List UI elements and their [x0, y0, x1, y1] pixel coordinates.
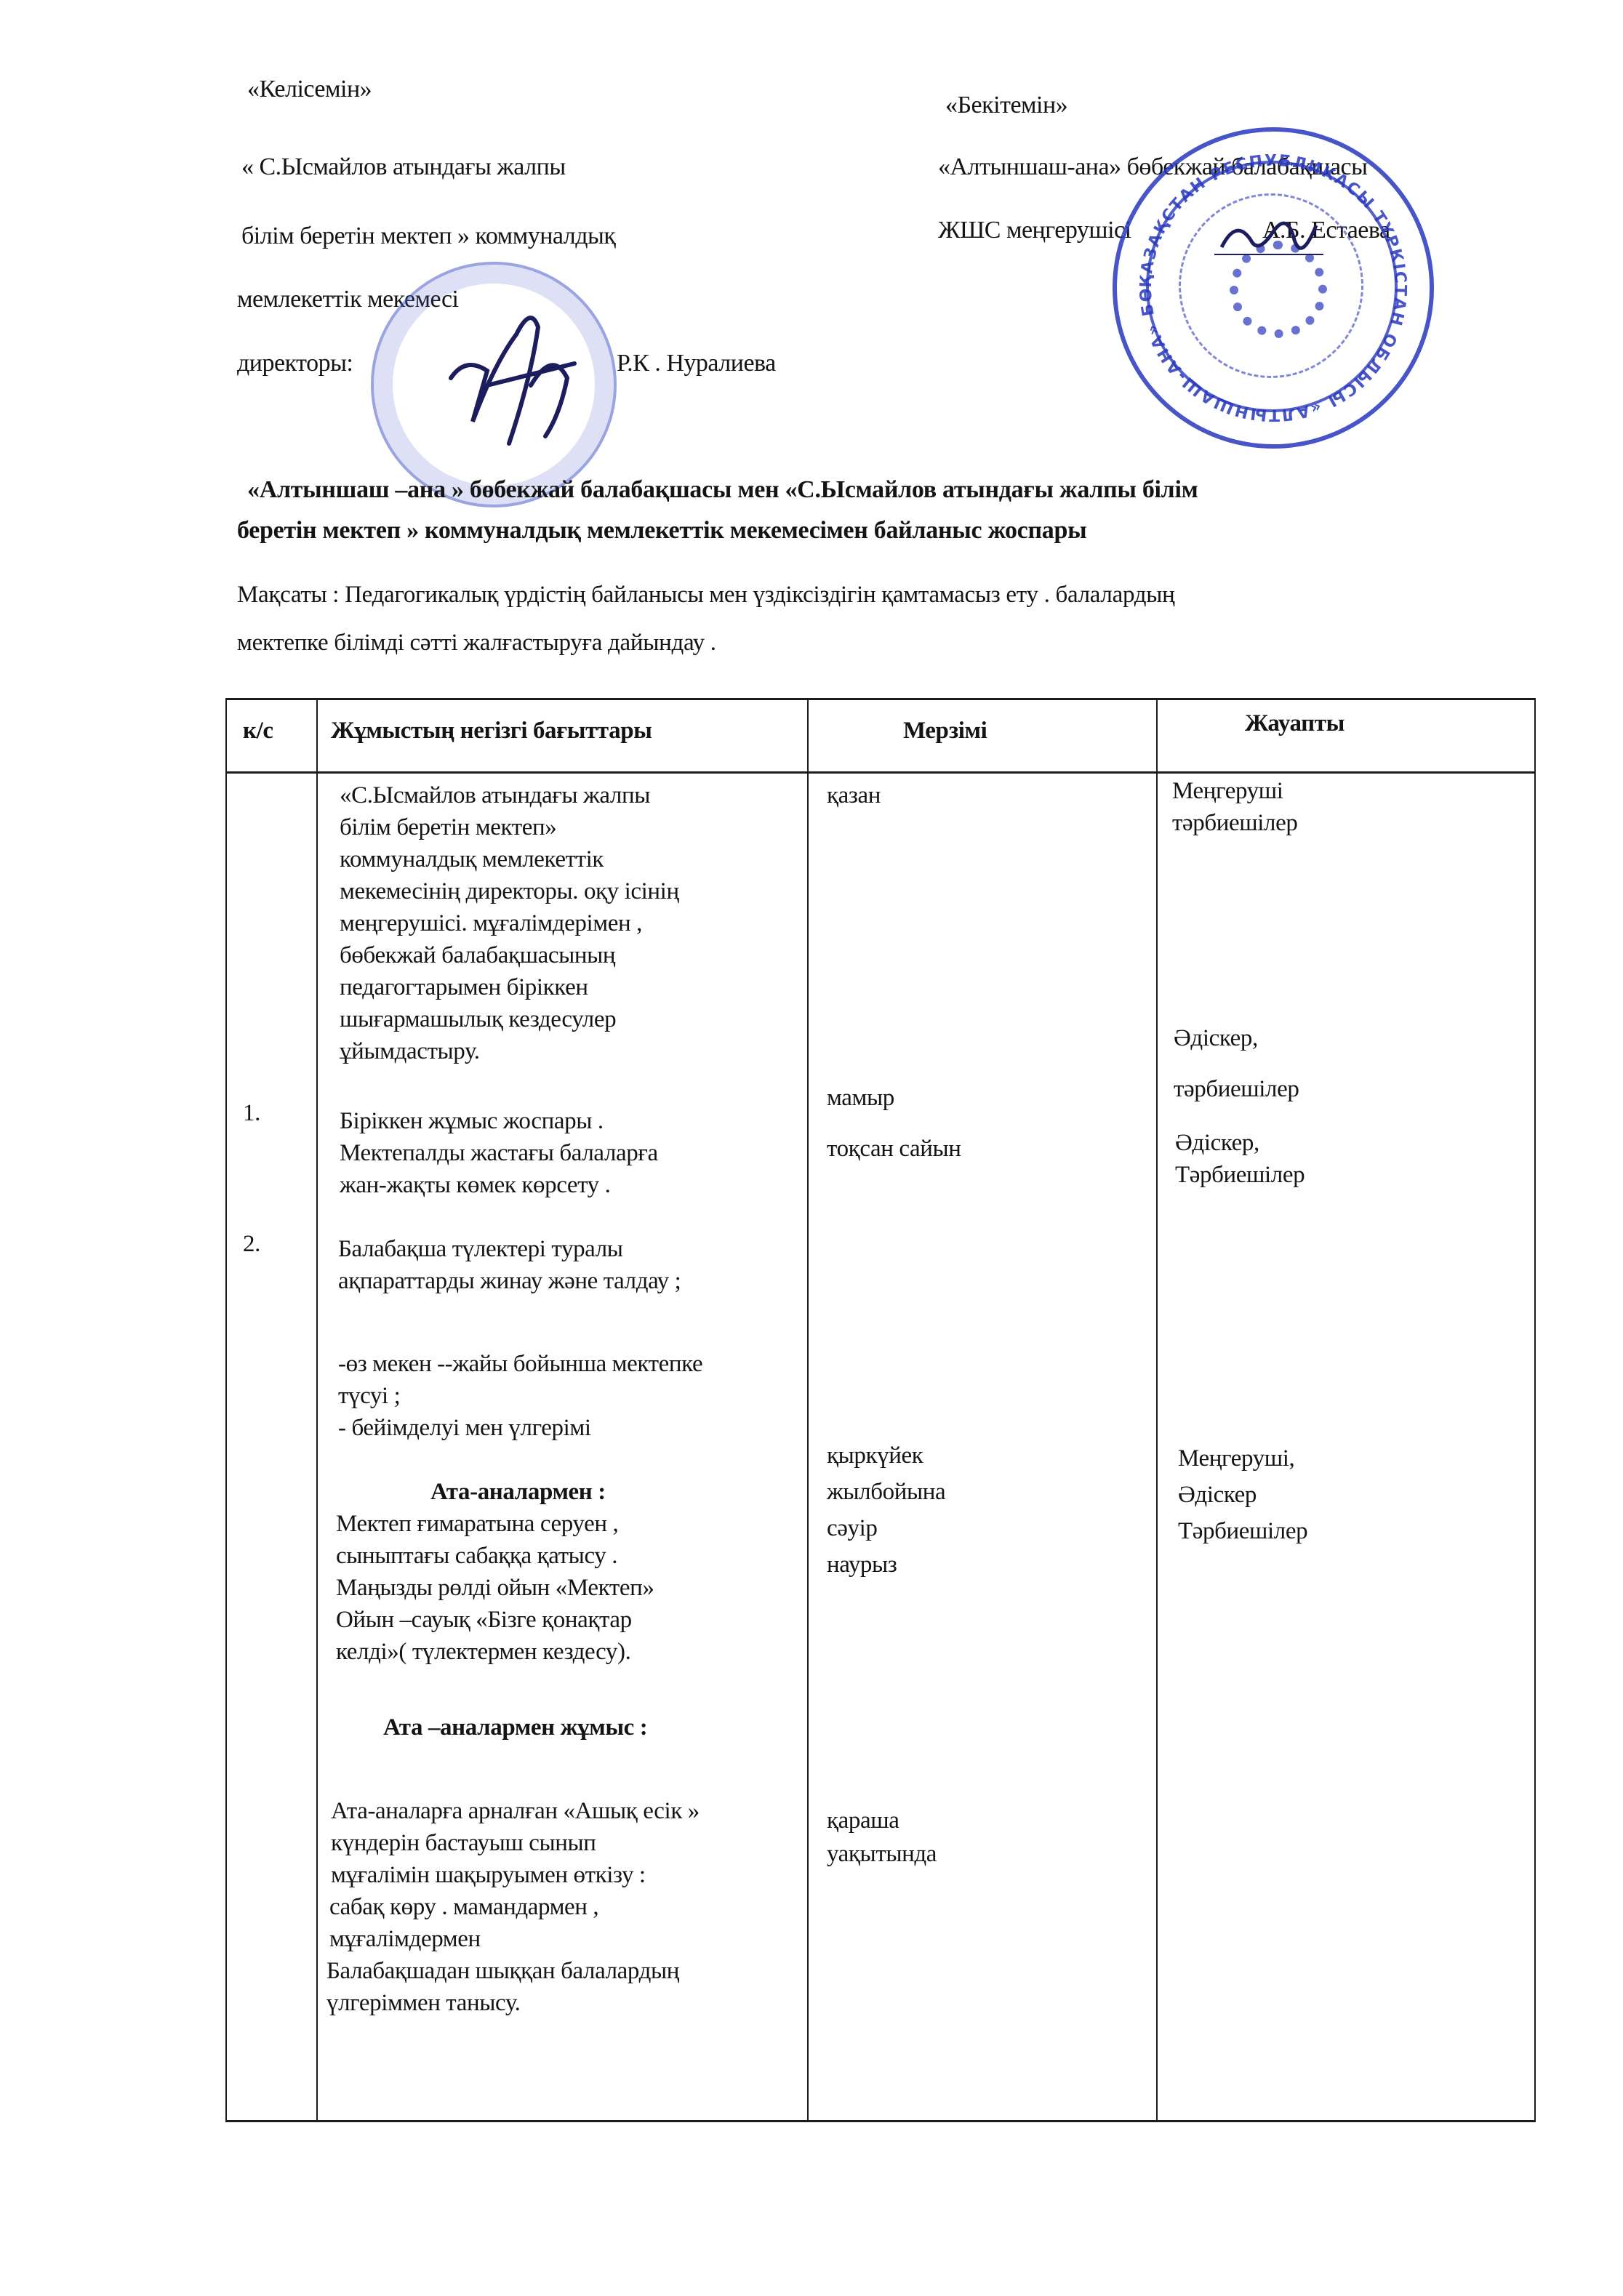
approval-right-label: «Бекітемін»	[945, 93, 1067, 118]
direction-line: сыныптағы сабаққа қатысу .	[336, 1540, 617, 1572]
approval-left-line-2: білім беретін мектеп » коммуналдық	[241, 224, 615, 249]
responsible-item: Тәрбиешілер	[1175, 1159, 1305, 1191]
kindergarten-stamp: ҚАЗАҚСТАН РЕСПУБЛИКАСЫ ТҮРКІСТАН ОБЛЫСЫ …	[1113, 127, 1434, 449]
header-responsible-label: Жауапты	[1245, 707, 1345, 739]
responsible-item: Әдіскер	[1178, 1479, 1257, 1511]
direction-line: үлгеріммен танысу.	[326, 1987, 520, 2019]
direction-line: Маңызды рөлді ойын «Мектеп»	[336, 1572, 654, 1604]
row-number-1: 1.	[243, 1097, 260, 1129]
deadline-cell: қазан мамыр тоқсан сайын қыркүйек жылбой…	[808, 773, 1157, 2122]
approval-left-line-1: « С.Ысмайлов атындағы жалпы	[241, 155, 566, 180]
approval-left-name: Р.К . Нуралиева	[617, 351, 776, 376]
direction-line: күндерін бастауыш сынып	[331, 1827, 596, 1859]
direction-line: «С.Ысмайлов атындағы жалпы	[340, 779, 650, 811]
stamp-text-path: ҚАЗАҚСТАН РЕСПУБЛИКАСЫ ТҮРКІСТАН ОБЛЫСЫ …	[1117, 132, 1409, 424]
direction-line: -өз мекен --жайы бойынша мектепке	[338, 1348, 702, 1380]
direction-line: бөбекжай балабақшасының	[340, 939, 615, 971]
deadline-item: тоқсан сайын	[827, 1133, 961, 1165]
goal-line-1: Мақсаты : Педагогикалық үрдістің байланы…	[237, 574, 1174, 615]
direction-line: Балабақшадан шыққан балалардың	[326, 1955, 679, 1987]
deadline-item: уақытында	[827, 1838, 937, 1870]
direction-line: шығармашылық кездесулер	[340, 1003, 616, 1035]
direction-line: мұғалімін шақыруымен өткізу :	[331, 1859, 646, 1891]
document-title-line-1: «Алтыншаш –ана » бөбекжай балабақшасы ме…	[247, 470, 1198, 510]
table-header-row: к/с Жұмыстың негізгі бағыттары Мерзімі Ж…	[226, 699, 1535, 773]
goal-line-2: мектепке білімді сәтті жалғастыруға дайы…	[237, 622, 716, 663]
approval-left-line-4: директоры:	[237, 351, 353, 376]
header-deadline-label: Мерзімі	[903, 715, 987, 747]
row-number-2: 2.	[243, 1228, 260, 1260]
stamp-circular-text: ҚАЗАҚСТАН РЕСПУБЛИКАСЫ ТҮРКІСТАН ОБЛЫСЫ …	[1117, 132, 1430, 444]
direction-line: жан-жақты көмек көрсету .	[340, 1169, 610, 1201]
plan-table: к/с Жұмыстың негізгі бағыттары Мерзімі Ж…	[225, 698, 1536, 2122]
deadline-item: қараша	[827, 1805, 899, 1837]
direction-line: Ойын –сауық «Бізге қонақтар	[336, 1604, 632, 1636]
responsible-item: тәрбиешілер	[1172, 807, 1297, 839]
header-num: к/с	[226, 699, 317, 773]
responsible-item: Әдіскер,	[1175, 1127, 1259, 1159]
responsible-item: Меңгеруші	[1172, 775, 1283, 807]
header-num-label: к/с	[243, 715, 273, 747]
direction-line: сабақ көру . мамандармен ,	[329, 1891, 598, 1923]
responsible-cell: Меңгеруші тәрбиешілер Әдіскер, тәрбиешіл…	[1157, 773, 1535, 2122]
header-direction: Жұмыстың негізгі бағыттары	[317, 699, 808, 773]
approval-right-line-2: ЖШС меңгерушісі	[938, 218, 1131, 243]
direction-line: меңгерушісі. мұғалімдерімен ,	[340, 907, 642, 939]
deadline-item: наурыз	[827, 1549, 897, 1581]
direction-line: ақпараттарды жинау және талдау ;	[338, 1265, 681, 1297]
header-deadline: Мерзімі	[808, 699, 1157, 773]
svg-text:ҚАЗАҚСТАН РЕСПУБЛИКАСЫ ТҮРКІСТ: ҚАЗАҚСТАН РЕСПУБЛИКАСЫ ТҮРКІСТАН ОБЛЫСЫ …	[1117, 132, 1409, 424]
table-row: 1. 2. «С.Ысмайлов атындағы жалпы білім б…	[226, 773, 1535, 2122]
responsible-item: тәрбиешілер	[1174, 1073, 1299, 1105]
approval-left-label: «Келісемін»	[247, 77, 372, 102]
direction-line: Біріккен жұмыс жоспары .	[340, 1105, 604, 1137]
deadline-item: қыркүйек	[827, 1440, 923, 1472]
section-heading-parent-work: Ата –аналармен жұмыс :	[383, 1711, 647, 1743]
direction-line: - бейімделуі мен үлгерімі	[338, 1412, 591, 1444]
direction-line: ұйымдастыру.	[340, 1035, 480, 1067]
direction-line: білім беретін мектеп»	[340, 811, 556, 843]
header-direction-label: Жұмыстың негізгі бағыттары	[331, 715, 652, 747]
direction-cell: «С.Ысмайлов атындағы жалпы білім беретін…	[317, 773, 808, 2122]
responsible-item: Тәрбиешілер	[1178, 1515, 1307, 1547]
direction-line: Ата-аналарға арналған «Ашық есік »	[331, 1795, 700, 1827]
manager-signature	[1207, 196, 1331, 276]
direction-line: түсуі ;	[338, 1380, 400, 1412]
direction-line: Мектеп ғимаратына серуен ,	[336, 1508, 618, 1540]
deadline-item: қазан	[827, 779, 881, 811]
direction-line: коммуналдық мемлекеттік	[340, 843, 604, 875]
direction-line: Балабақша түлектері туралы	[338, 1233, 623, 1265]
deadline-item: жылбойына	[827, 1476, 945, 1508]
num-cell: 1. 2.	[226, 773, 317, 2122]
deadline-item: сәуір	[827, 1512, 877, 1544]
director-signature	[422, 276, 611, 465]
direction-line: Мектепалды жастағы балаларға	[340, 1137, 658, 1169]
responsible-item: Меңгеруші,	[1178, 1442, 1294, 1474]
header-responsible: Жауапты	[1157, 699, 1535, 773]
direction-line: педагогтарымен біріккен	[340, 971, 588, 1003]
responsible-item: Әдіскер,	[1174, 1022, 1258, 1054]
direction-line: мекемесінің директоры. оқу ісінің	[340, 875, 679, 907]
direction-line: келді»( түлектермен кездесу).	[336, 1636, 630, 1668]
direction-line: мұғалімдермен	[329, 1923, 481, 1955]
deadline-item: мамыр	[827, 1082, 894, 1114]
document-title-line-2: беретін мектеп » коммуналдық мемлекеттік…	[237, 510, 1086, 551]
section-heading-parents: Ата-аналармен :	[430, 1476, 606, 1508]
